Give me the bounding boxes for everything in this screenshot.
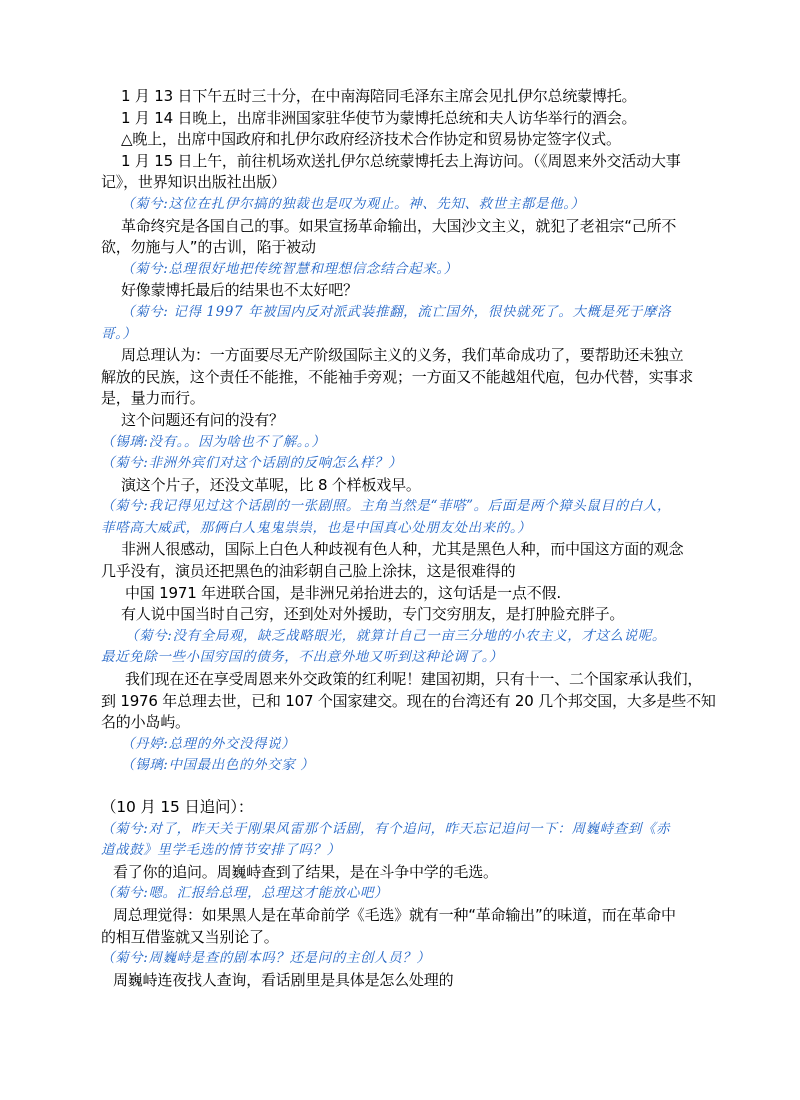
body-line: 非洲人很感动，国际上白色人种歧视有色人种，尤其是黑色人种，而中国这方面的观念 [101, 539, 701, 561]
annotation-line: （丹婷:总理的外交没得说） [101, 734, 701, 756]
annotation-line: （菊兮:没有全局观，缺乏战略眼光，就算计自己一亩三分地的小农主义，才这么说呢。 [101, 626, 701, 648]
body-line: △晚上，出席中国政府和扎伊尔政府经济技术合作协定和贸易协定签字仪式。 [101, 129, 701, 151]
annotation-line: （菊兮:嗯。汇报给总理，总理这才能放心吧） [101, 883, 701, 905]
body-line: 几乎没有，演员还把黑色的油彩朝自己脸上涂抹，这是很难得的 [101, 561, 701, 583]
body-line: 解放的民族，这个责任不能推，不能袖手旁观；一方面又不能越俎代庖，包办代替，实事求 [101, 367, 701, 389]
body-line: 是，量力而行。 [101, 388, 701, 410]
body-line: 有人说中国当时自己穷，还到处对外援助，专门交穷朋友，是打肿脸充胖子。 [101, 604, 701, 626]
annotation-line: （菊兮:这位在扎伊尔搞的独裁也是叹为观止。神、先知、救世主都是他。） [101, 194, 701, 216]
annotation-line: （菊兮:总理很好地把传统智慧和理想信念结合起来。） [101, 259, 701, 281]
annotation-line: 菲嗒高大威武，那俩白人鬼鬼祟祟，也是中国真心处朋友处出来的。） [101, 518, 701, 540]
annotation-line: （锡璃:没有。。因为啥也不了解。。） [101, 432, 701, 454]
annotation-line: （锡璃:中国最出色的外交家 ） [101, 755, 701, 777]
body-line: 中国 1971 年进联合国，是非洲兄弟抬进去的，这句话是一点不假. [101, 583, 701, 605]
body-line: 周总理觉得：如果黑人是在革命前学《毛选》就有一种“革命输出”的味道，而在革命中 [101, 905, 701, 927]
annotation-line: （菊兮:非洲外宾们对这个话剧的反响怎么样？） [101, 453, 701, 475]
document-page: 1 月 13 日下午五时三十分，在中南海陪同毛泽东主席会见扎伊尔总统蒙博托。 1… [101, 86, 701, 991]
body-line: 周巍峙连夜找人查询，看话剧里是具体是怎么处理的 [101, 970, 701, 992]
body-line: 演这个片子，还没文革呢，比 8 个样板戏早。 [101, 475, 701, 497]
body-line: 1 月 14 日晚上，出席非洲国家驻华使节为蒙博托总统和夫人访华举行的酒会。 [101, 108, 701, 130]
annotation-line: （菊兮:周巍峙是查的剧本吗？还是问的主创人员？） [101, 948, 701, 970]
annotation-line: （菊兮:我记得见过这个话剧的一张剧照。主角当然是“菲嗒”。后面是两个獐头鼠目的白… [101, 496, 701, 518]
annotation-line: 哥。） [101, 324, 701, 346]
body-line: 欲，勿施与人”的古训，陷于被动 [101, 237, 701, 259]
body-line: 的相互借鉴就又当别论了。 [101, 927, 701, 949]
body-line: 名的小岛屿。 [101, 712, 701, 734]
body-line: 到 1976 年总理去世，已和 107 个国家建交。现在的台湾还有 20 几个邦… [101, 691, 701, 713]
body-line: 革命终究是各国自己的事。如果宣扬革命输出，大国沙文主义，就犯了老祖宗“己所不 [101, 216, 701, 238]
body-line: 看了你的追问。周巍峙查到了结果，是在斗争中学的毛选。 [101, 862, 701, 884]
body-line: 1 月 15 日上午，前往机场欢送扎伊尔总统蒙博托去上海访问。（《周恩来外交活动… [101, 151, 701, 173]
annotation-line: （菊兮:对了，昨天关于刚果风雷那个话剧，有个追问，昨天忘记追问一下：周巍峙查到《… [101, 819, 701, 841]
body-line: 好像蒙博托最后的结果也不太好吧？ [101, 280, 701, 302]
body-line: 1 月 13 日下午五时三十分，在中南海陪同毛泽东主席会见扎伊尔总统蒙博托。 [101, 86, 701, 108]
body-line: 周总理认为：一方面要尽无产阶级国际主义的义务，我们革命成功了，要帮助还未独立 [101, 345, 701, 367]
body-line: 我们现在还在享受周恩来外交政策的红利呢！建国初期，只有十一、二个国家承认我们， [101, 669, 701, 691]
body-line: 这个问题还有问的没有？ [101, 410, 701, 432]
annotation-line: 道战鼓》里学毛选的情节安排了吗？） [101, 840, 701, 862]
section-heading: （10 月 15 日追问）： [101, 797, 701, 819]
blank-line [101, 777, 701, 797]
body-line: 记》，世界知识出版社出版） [101, 172, 701, 194]
annotation-line: （菊兮: 记得 1997 年被国内反对派武装推翻，流亡国外，很快就死了。大概是死… [101, 302, 701, 324]
annotation-line: 最近免除一些小国穷国的债务，不出意外地又听到这种论调了。） [101, 647, 701, 669]
